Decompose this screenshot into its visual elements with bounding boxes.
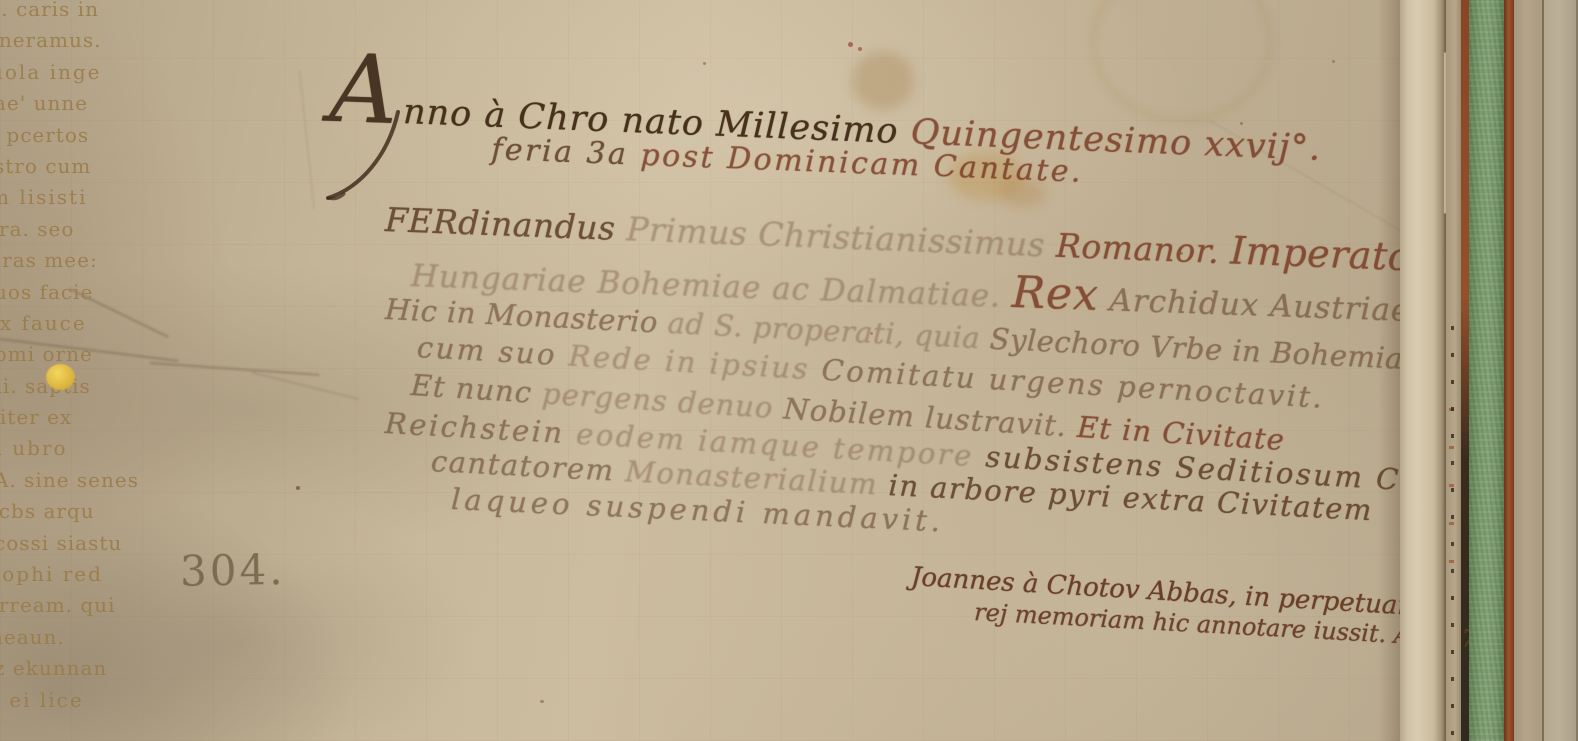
margin-text-fragment: a ubro xyxy=(0,433,140,464)
margin-text-fragment: ecbs arqu xyxy=(0,496,140,527)
margin-text-fragment: sophi red xyxy=(0,559,140,590)
margin-text-fragment: pmi orne xyxy=(0,339,140,370)
ink-speck xyxy=(296,486,300,490)
margin-text-fragment: u ei lice xyxy=(0,685,140,716)
binding-strip-stitched xyxy=(1446,0,1461,741)
crease-line xyxy=(252,372,359,400)
margin-text-fragment: m lisisti xyxy=(0,182,140,213)
handwritten-text-segment: cum suo xyxy=(416,330,570,372)
ink-speck xyxy=(1332,60,1335,63)
margin-text-fragment: uos facie xyxy=(0,277,140,308)
ink-stain xyxy=(852,52,914,110)
page-number: 304. xyxy=(180,545,286,596)
margin-text-fragment: cras mee: xyxy=(0,245,140,276)
margin-text-fragment: uola inge xyxy=(0,57,140,88)
crease-line xyxy=(150,362,320,376)
handwritten-text-segment: Rex xyxy=(1011,267,1100,321)
margin-text-fragment: neaun. xyxy=(0,622,140,653)
handwritten-text-segment: Reichstein xyxy=(384,406,577,451)
margin-text-fragment: ora. seo xyxy=(0,214,140,245)
page-edge-curl xyxy=(1400,0,1446,741)
handwritten-text-segment: ac Dalmatiae. xyxy=(772,271,1013,315)
ink-speck xyxy=(1240,122,1243,125)
margin-text-fragment: stro cum xyxy=(0,151,140,182)
page-edge-shadow xyxy=(1378,0,1400,741)
ring-stain xyxy=(1090,0,1274,124)
margin-text-fragment: z ekunnan xyxy=(0,653,140,684)
adjacent-page-edge-1 xyxy=(1514,0,1544,741)
ink-speck xyxy=(858,47,862,51)
margin-text-fragment: s. caris in xyxy=(0,0,140,25)
margin-text-fragment: ex fauce xyxy=(0,308,140,339)
crease-line xyxy=(299,70,315,209)
manuscript-photo: s. caris ineneramus.uola ingeae' unneo p… xyxy=(0,0,1578,741)
margin-text-fragment: eneramus. xyxy=(0,25,140,56)
handwritten-text-segment: FERdinandus xyxy=(384,200,627,248)
ink-speck xyxy=(848,42,853,47)
parchment-page: s. caris ineneramus.uola ingeae' unneo p… xyxy=(0,0,1400,741)
handwritten-text-segment: Et nunc xyxy=(410,368,543,410)
margin-text-fragment: ae' unne xyxy=(0,88,140,119)
margin-text-fragment: uiter ex xyxy=(0,402,140,433)
margin-text-fragment: erream. qui xyxy=(0,590,140,621)
handwritten-text-segment: Romanor. xyxy=(1055,226,1231,272)
ink-speck xyxy=(703,62,706,65)
ink-speck xyxy=(540,700,544,703)
green-cloth-band xyxy=(1469,0,1504,741)
rust-line-left xyxy=(1461,0,1469,741)
margin-text-fragment: o pcertos xyxy=(0,120,140,151)
adjacent-page-edge-2 xyxy=(1544,0,1578,741)
rust-line-right xyxy=(1504,0,1514,741)
margin-text-fragment: A. sine senes. xyxy=(0,465,140,496)
handwritten-text-segment: feria 3a xyxy=(491,132,641,173)
gold-fleck xyxy=(46,364,75,390)
margin-text-fragment: cossi siastu xyxy=(0,528,140,559)
